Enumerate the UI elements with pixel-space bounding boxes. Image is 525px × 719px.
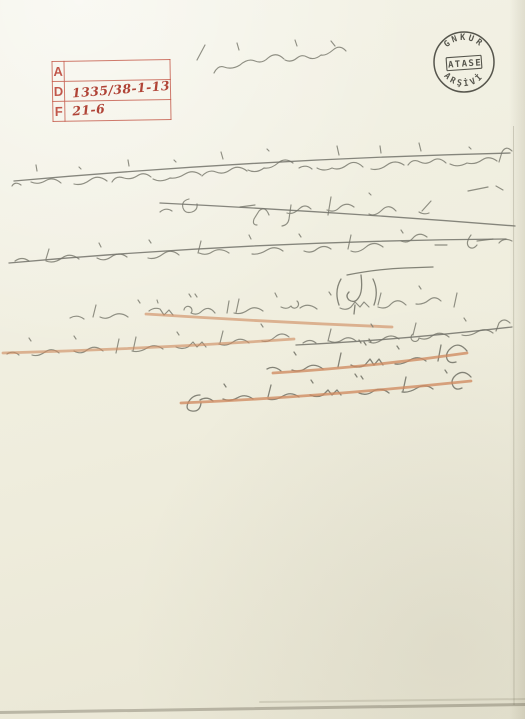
svg-text:ARŞİVİ: ARŞİVİ [442,70,487,89]
scan-edge-smudge [260,699,525,702]
handwritten-line-1 [12,143,512,186]
handwritten-line-4 [70,286,457,319]
round-archive-stamp: GNKUR ATASE ARŞİVİ [425,22,503,100]
red-pencil-strike-line-6 [273,353,467,373]
pencil-strike-line-5 [296,327,512,345]
row-label-f: F [53,101,65,121]
red-pencil-strike-line-4 [146,314,392,327]
row-label-d: D [52,81,64,101]
row-value-f-cell: 21-6 [65,99,171,121]
paper-fold-line [514,126,515,705]
red-pencil-strike-line-5 [3,339,294,353]
table-row: F 21-6 [53,99,171,121]
table-row: D 1335/38-1-13 [52,79,170,101]
pencil-strike-line-1 [14,153,510,181]
title-annotation-handwriting [197,40,346,73]
stamp-center-box: ATASE [446,55,482,70]
scanned-document-page: A D 1335/38-1-13 F 21-6 GNKUR ATASE ARŞİ… [0,0,525,719]
pencil-strike-line-3 [9,239,506,263]
handwritten-line-7 [187,370,471,411]
row-value-d: 1335/38-1-13 [66,77,170,100]
pencil-strike-line-2 [160,203,515,226]
scan-edge-shadow [0,705,525,713]
row-value-f: 21-6 [67,100,106,118]
archive-reference-stamp-table: A D 1335/38-1-13 F 21-6 [51,59,171,122]
row-value-d-cell: 1335/38-1-13 [64,79,170,101]
row-label-a: A [52,61,64,81]
stamp-text-bottom: ARŞİVİ [442,70,487,89]
